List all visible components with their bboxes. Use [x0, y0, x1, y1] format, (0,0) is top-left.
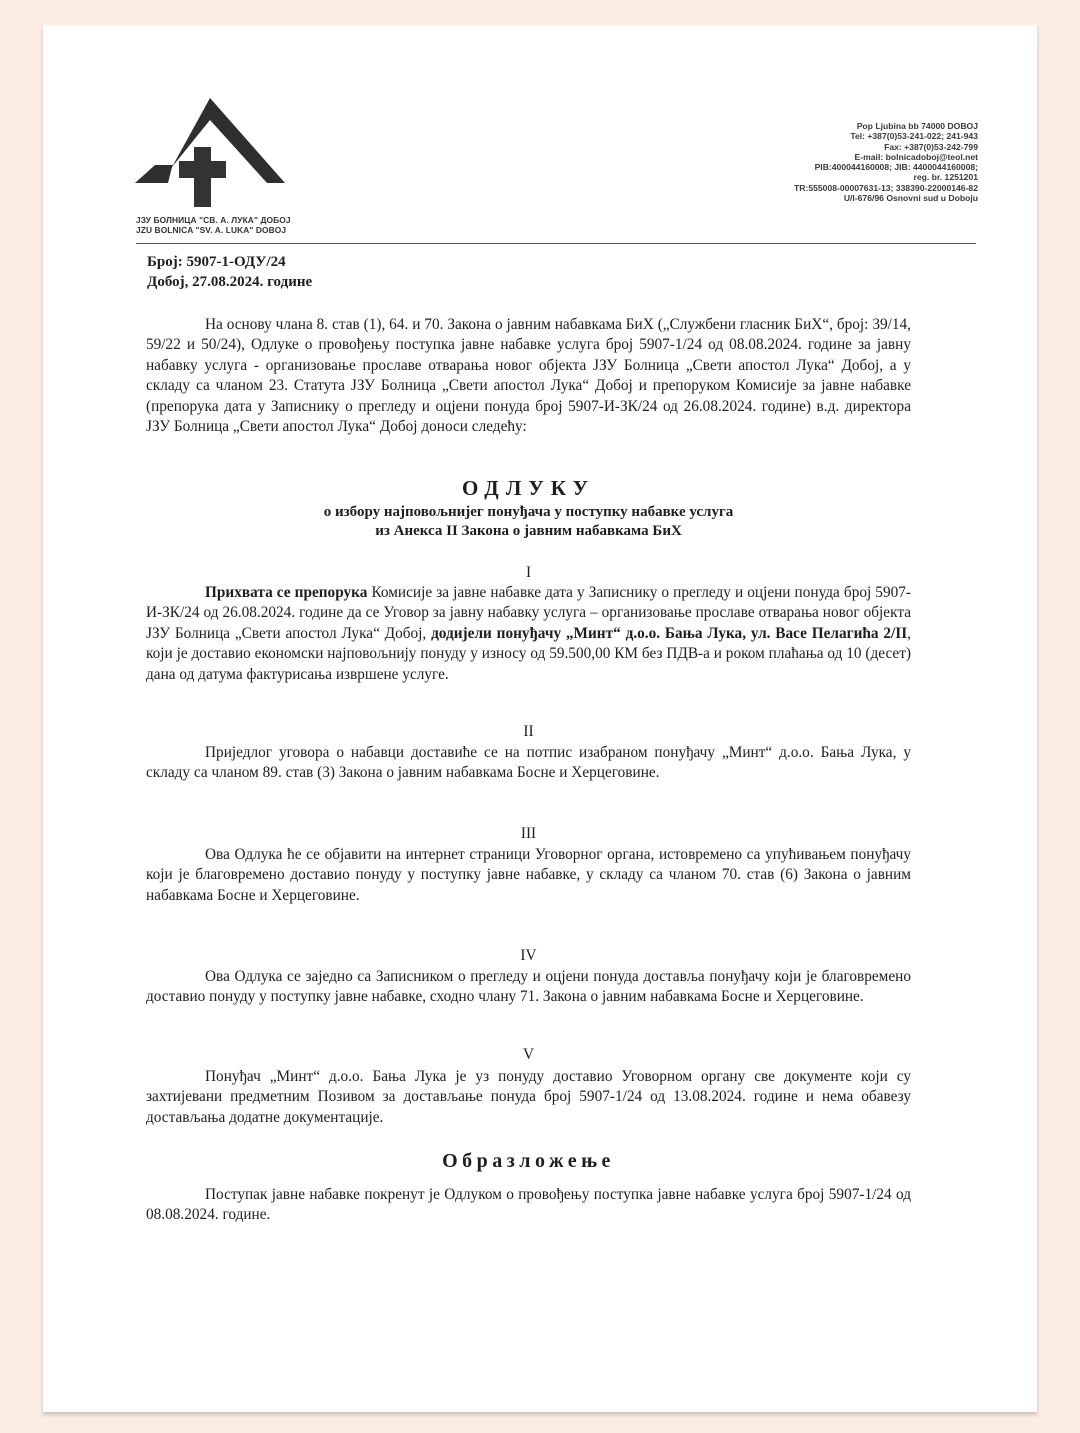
tax-id-line: PIB:400044160008; JIB: 4400044160008; [794, 162, 978, 172]
decision-title: ОДЛУКУ [146, 475, 911, 501]
section-3-numeral: III [146, 824, 911, 844]
email-line: E-mail: bolnicadoboj@teol.net [794, 152, 978, 162]
registration-line: reg. br. 1251201 [794, 172, 978, 182]
document-number: Број: 5907-1-ОДУ/24 [147, 252, 312, 272]
institution-caption: ЈЗУ БОЛНИЦА "СВ. А. ЛУКА" ДОБОЈ JZU BOLN… [136, 215, 291, 235]
fax-line: Fax: +387(0)53-242-799 [794, 142, 978, 152]
contact-block: Pop Ljubina bb 74000 DOBOJ Tel: +387(0)5… [794, 121, 978, 203]
caption-latin: JZU BOLNICA "SV. A. LUKA" DOBOJ [136, 225, 291, 235]
section-5-paragraph: Понуђач „Минт“ д.о.о. Бања Лука је уз по… [146, 1067, 911, 1128]
section-2-numeral: II [146, 722, 911, 742]
section-1-paragraph: Прихвата се препорука Комисије за јавне … [146, 583, 911, 685]
document-place-date: Добој, 27.08.2024. године [147, 272, 312, 292]
section-5-numeral: V [146, 1045, 911, 1065]
phone-line: Tel: +387(0)53-241-022; 241-943 [794, 131, 978, 141]
document-meta: Број: 5907-1-ОДУ/24 Добој, 27.08.2024. г… [147, 252, 312, 292]
explanation-heading: Образложење [146, 1148, 911, 1174]
decision-subtitle: о избору најповољнијег понуђача у поступ… [146, 503, 911, 541]
bank-account-line: TR:555008-00007631-13; 338390-22000146-8… [794, 183, 978, 193]
document-page: ЈЗУ БОЛНИЦА "СВ. А. ЛУКА" ДОБОЈ JZU BOLN… [43, 25, 1037, 1412]
section-3-paragraph: Ова Одлука ће се објавити на интернет ст… [146, 845, 911, 906]
preamble-paragraph: На основу члана 8. став (1), 64. и 70. З… [146, 315, 911, 437]
address-line: Pop Ljubina bb 74000 DOBOJ [794, 121, 978, 131]
section-4-paragraph: Ова Одлука се заједно са Записником о пр… [146, 967, 911, 1008]
section-1-awarded-bidder: додијели понуђачу „Минт“ д.о.о. Бања Лук… [431, 625, 907, 642]
header-divider [136, 243, 976, 244]
caption-cyrillic: ЈЗУ БОЛНИЦА "СВ. А. ЛУКА" ДОБОЈ [136, 215, 291, 225]
court-line: U/I-676/96 Osnovni sud u Doboju [794, 193, 978, 203]
explanation-paragraph: Поступак јавне набавке покренут је Одлук… [146, 1185, 911, 1226]
section-4-numeral: IV [146, 946, 911, 966]
hospital-logo-icon [135, 95, 285, 215]
section-2-paragraph: Приједлог уговора о набавци доставиће се… [146, 743, 911, 784]
subtitle-line-2: из Анекса II Закона о јавним набавкама Б… [146, 522, 911, 541]
subtitle-line-1: о избору најповољнијег понуђача у поступ… [146, 503, 911, 522]
section-1-numeral: I [146, 563, 911, 583]
section-1-bold-lead: Прихвата се препорука [205, 584, 367, 601]
